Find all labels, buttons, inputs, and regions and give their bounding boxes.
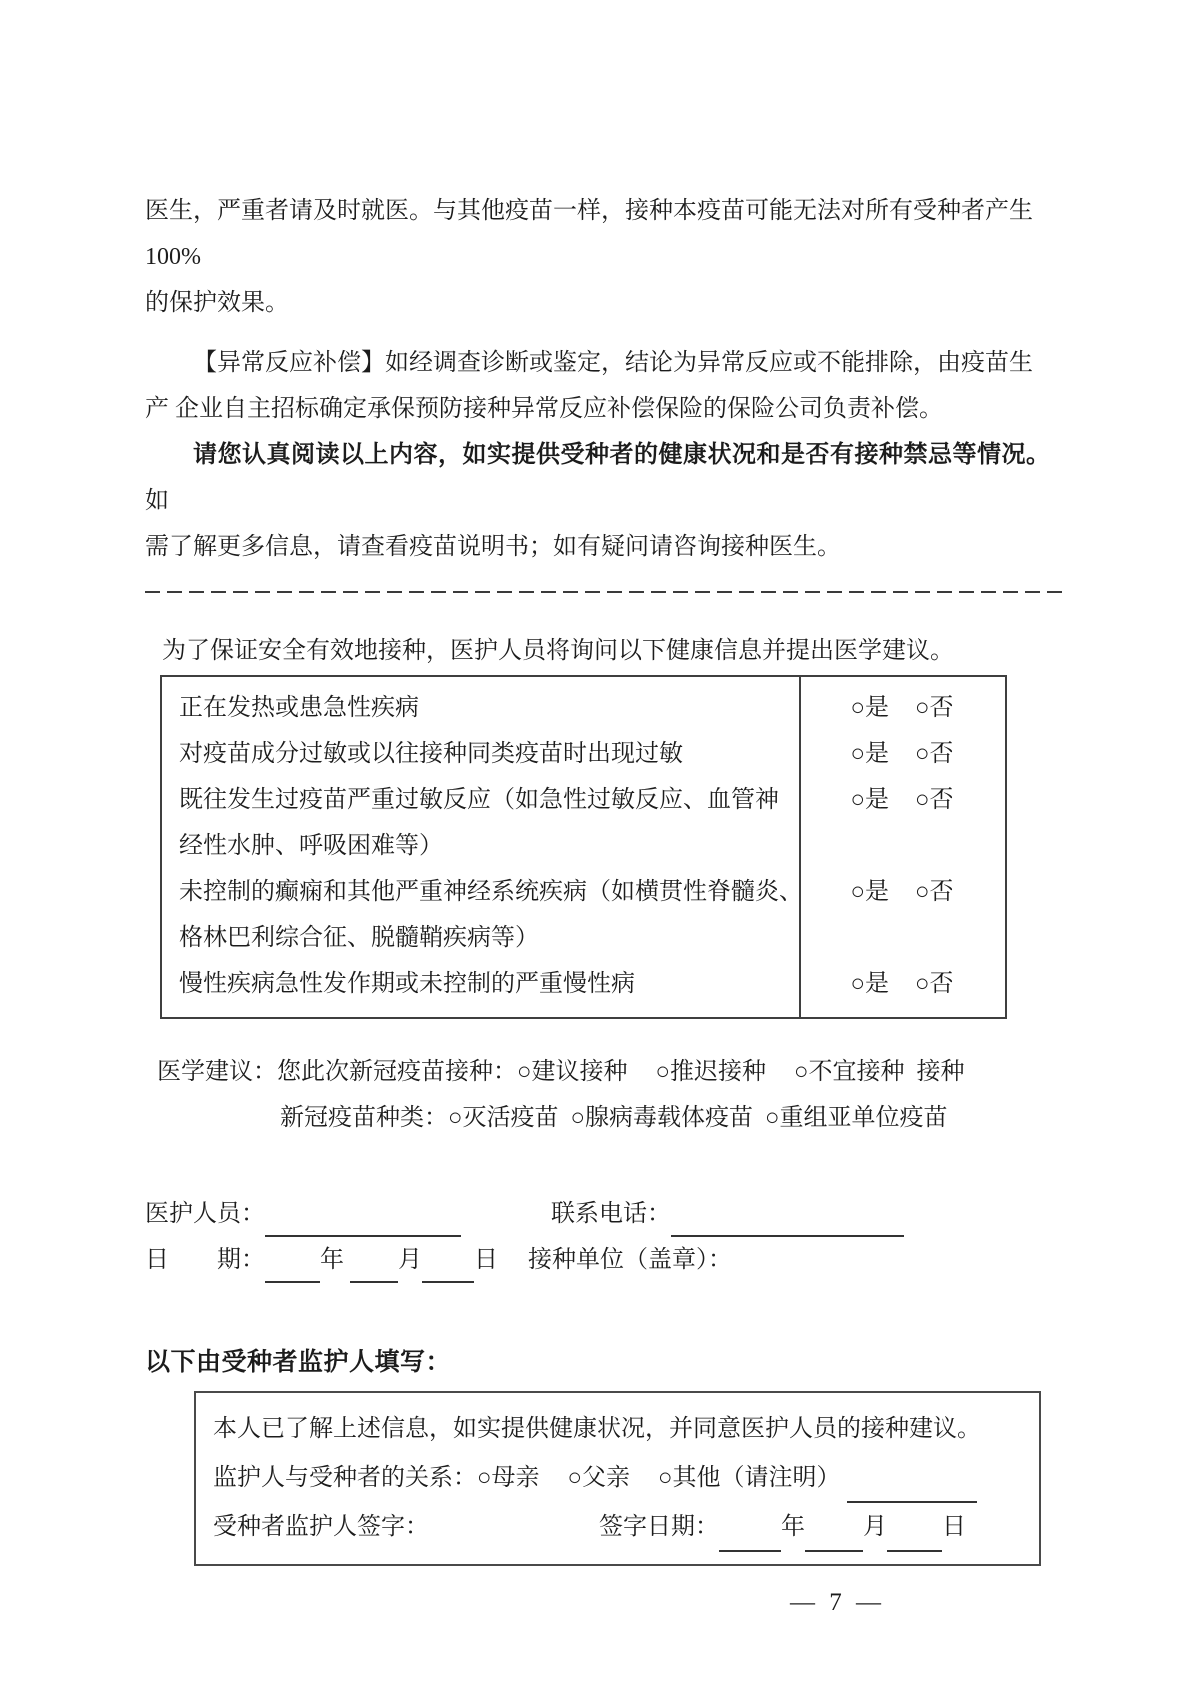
page-number: — 7 — xyxy=(145,1588,1065,1618)
radio-yes[interactable]: ○是 xyxy=(851,685,890,731)
table-row: 正在发热或患急性疾病 ○是 ○否 xyxy=(162,685,1005,731)
question-text: 未控制的癫痫和其他严重神经系统疾病（如横贯性脊髓炎、 xyxy=(179,869,799,915)
year-label: 年 xyxy=(320,1247,344,1273)
guardian-signature-line: 受种者监护人签字：签字日期：年月日 xyxy=(213,1503,1025,1552)
notice-continuation: 如 xyxy=(145,478,1065,524)
radio-adenovirus-vector-vaccine[interactable]: ○腺病毒载体疫苗 xyxy=(571,1095,754,1141)
health-question-table: 正在发热或患急性疾病 ○是 ○否 对疫苗成分过敏或以往接种同类疫苗时出现过敏 ○… xyxy=(160,675,1007,1019)
table-row: 对疫苗成分过敏或以往接种同类疫苗时出现过敏 ○是 ○否 xyxy=(162,731,1005,777)
table-row: 慢性疾病急性发作期或未控制的严重慢性病 ○是 ○否 xyxy=(162,961,1005,1007)
question-text: 既往发生过疫苗严重过敏反应（如急性过敏反应、血管神 xyxy=(179,777,799,823)
guardian-box: 本人已了解上述信息，如实提供健康状况，并同意医护人员的接种建议。 监护人与受种者… xyxy=(194,1391,1041,1566)
sign-day-label: 日 xyxy=(942,1514,966,1540)
radio-no[interactable]: ○否 xyxy=(915,961,954,1007)
question-text: 正在发热或患急性疾病 xyxy=(179,685,799,731)
compensation-paragraph-line: 【异常反应补偿】如经调查诊断或鉴定，结论为异常反应或不能排除，由疫苗生 xyxy=(145,340,1065,386)
radio-no[interactable]: ○否 xyxy=(915,869,954,915)
sign-date-label: 签字日期： xyxy=(599,1514,719,1540)
more-info-line: 需了解更多信息，请查看疫苗说明书；如有疑问请咨询接种医生。 xyxy=(145,524,1065,570)
phone-label: 联系电话： xyxy=(551,1201,671,1227)
month-blank[interactable] xyxy=(350,1255,398,1283)
radio-recombinant-subunit-vaccine[interactable]: ○重组亚单位疫苗 xyxy=(765,1095,948,1141)
advice-tail: 接种 xyxy=(917,1049,965,1095)
day-label: 日 xyxy=(474,1247,498,1273)
radio-not-suitable-vaccination[interactable]: ○不宜接种 xyxy=(794,1049,905,1095)
radio-yes[interactable]: ○是 xyxy=(851,777,890,823)
month-label: 月 xyxy=(398,1247,422,1273)
unit-seal-label: 接种单位（盖章）： xyxy=(528,1247,732,1273)
vaccine-type-label: 新冠疫苗种类： xyxy=(280,1105,448,1131)
table-row: 未控制的癫痫和其他严重神经系统疾病（如横贯性脊髓炎、 格林巴利综合征、脱髓鞘疾病… xyxy=(162,869,1005,961)
phone-blank[interactable] xyxy=(671,1209,904,1237)
question-text: 慢性疾病急性发作期或未控制的严重慢性病 xyxy=(179,961,799,1007)
guardian-statement: 本人已了解上述信息，如实提供健康状况，并同意医护人员的接种建议。 xyxy=(213,1405,1025,1454)
radio-yes[interactable]: ○是 xyxy=(851,731,890,777)
sign-year-label: 年 xyxy=(781,1514,805,1540)
radio-no[interactable]: ○否 xyxy=(915,685,954,731)
guardian-signature-label: 受种者监护人签字： xyxy=(213,1514,429,1540)
day-blank[interactable] xyxy=(422,1255,474,1283)
document-page: 医生，严重者请及时就医。与其他疫苗一样，接种本疫苗可能无法对所有受种者产生 10… xyxy=(0,0,1200,1696)
sign-month-blank[interactable] xyxy=(805,1524,863,1552)
sign-day-blank[interactable] xyxy=(887,1524,942,1552)
notice-bold-line: 请您认真阅读以上内容，如实提供受种者的健康状况和是否有接种禁忌等情况。 xyxy=(145,432,1065,478)
staff-line: 医护人员：联系电话： xyxy=(145,1191,1065,1237)
relation-label: 监护人与受种者的关系： xyxy=(213,1465,477,1491)
radio-mother[interactable]: ○母亲 xyxy=(477,1454,540,1503)
table-column-divider xyxy=(799,677,801,1017)
guardian-section-heading: 以下由受种者监护人填写： xyxy=(145,1339,1065,1385)
radio-no[interactable]: ○否 xyxy=(915,731,954,777)
radio-yes[interactable]: ○是 xyxy=(851,869,890,915)
radio-postpone-vaccination[interactable]: ○推迟接种 xyxy=(656,1049,767,1095)
sign-year-blank[interactable] xyxy=(719,1524,781,1552)
table-row: 既往发生过疫苗严重过敏反应（如急性过敏反应、血管神 经性水肿、呼吸困难等） ○是… xyxy=(162,777,1005,869)
medical-advice-section: 医学建议：您此次新冠疫苗接种：○建议接种○推迟接种○不宜接种接种 新冠疫苗种类：… xyxy=(145,1049,1065,1141)
guardian-relation-line: 监护人与受种者的关系：○母亲○父亲○其他（请注明） xyxy=(213,1454,1025,1503)
advice-label: 医学建议：您此次新冠疫苗接种： xyxy=(157,1059,517,1085)
radio-yes[interactable]: ○是 xyxy=(851,961,890,1007)
advice-line-2: 新冠疫苗种类：○灭活疫苗○腺病毒载体疫苗○重组亚单位疫苗 xyxy=(280,1095,1065,1141)
paragraph-line: 的保护效果。 xyxy=(145,280,1065,326)
date-line: 日 期：年 月日接种单位（盖章）： xyxy=(145,1237,1065,1283)
advice-line-1: 医学建议：您此次新冠疫苗接种：○建议接种○推迟接种○不宜接种接种 xyxy=(157,1049,1065,1095)
radio-inactivated-vaccine[interactable]: ○灭活疫苗 xyxy=(448,1095,559,1141)
page-content: 医生，严重者请及时就医。与其他疫苗一样，接种本疫苗可能无法对所有受种者产生 10… xyxy=(0,0,1200,1618)
staff-label: 医护人员： xyxy=(145,1201,265,1227)
radio-no[interactable]: ○否 xyxy=(915,777,954,823)
staff-name-blank[interactable] xyxy=(265,1209,461,1237)
paragraph-line: 100% xyxy=(145,234,1065,280)
question-text: 格林巴利综合征、脱髓鞘疾病等） xyxy=(179,915,799,961)
other-relation-blank[interactable] xyxy=(847,1475,977,1503)
compensation-paragraph-line: 产 企业自主招标确定承保预防接种异常反应补偿保险的保险公司负责补偿。 xyxy=(145,386,1065,432)
date-label: 日 期： xyxy=(145,1247,265,1273)
paragraph-line: 医生，严重者请及时就医。与其他疫苗一样，接种本疫苗可能无法对所有受种者产生 xyxy=(145,188,1065,234)
question-text: 对疫苗成分过敏或以往接种同类疫苗时出现过敏 xyxy=(179,731,799,777)
radio-recommend-vaccination[interactable]: ○建议接种 xyxy=(517,1049,628,1095)
staff-section: 医护人员：联系电话： 日 期：年 月日接种单位（盖章）： xyxy=(145,1191,1065,1283)
radio-father[interactable]: ○父亲 xyxy=(568,1454,631,1503)
year-blank[interactable] xyxy=(265,1255,320,1283)
question-text: 经性水肿、呼吸困难等） xyxy=(179,823,799,869)
screening-intro: 为了保证安全有效地接种，医护人员将询问以下健康信息并提出医学建议。 xyxy=(162,628,1065,674)
sign-month-label: 月 xyxy=(863,1514,887,1540)
radio-other[interactable]: ○其他（请注明） xyxy=(658,1454,841,1503)
section-divider xyxy=(145,586,1067,594)
